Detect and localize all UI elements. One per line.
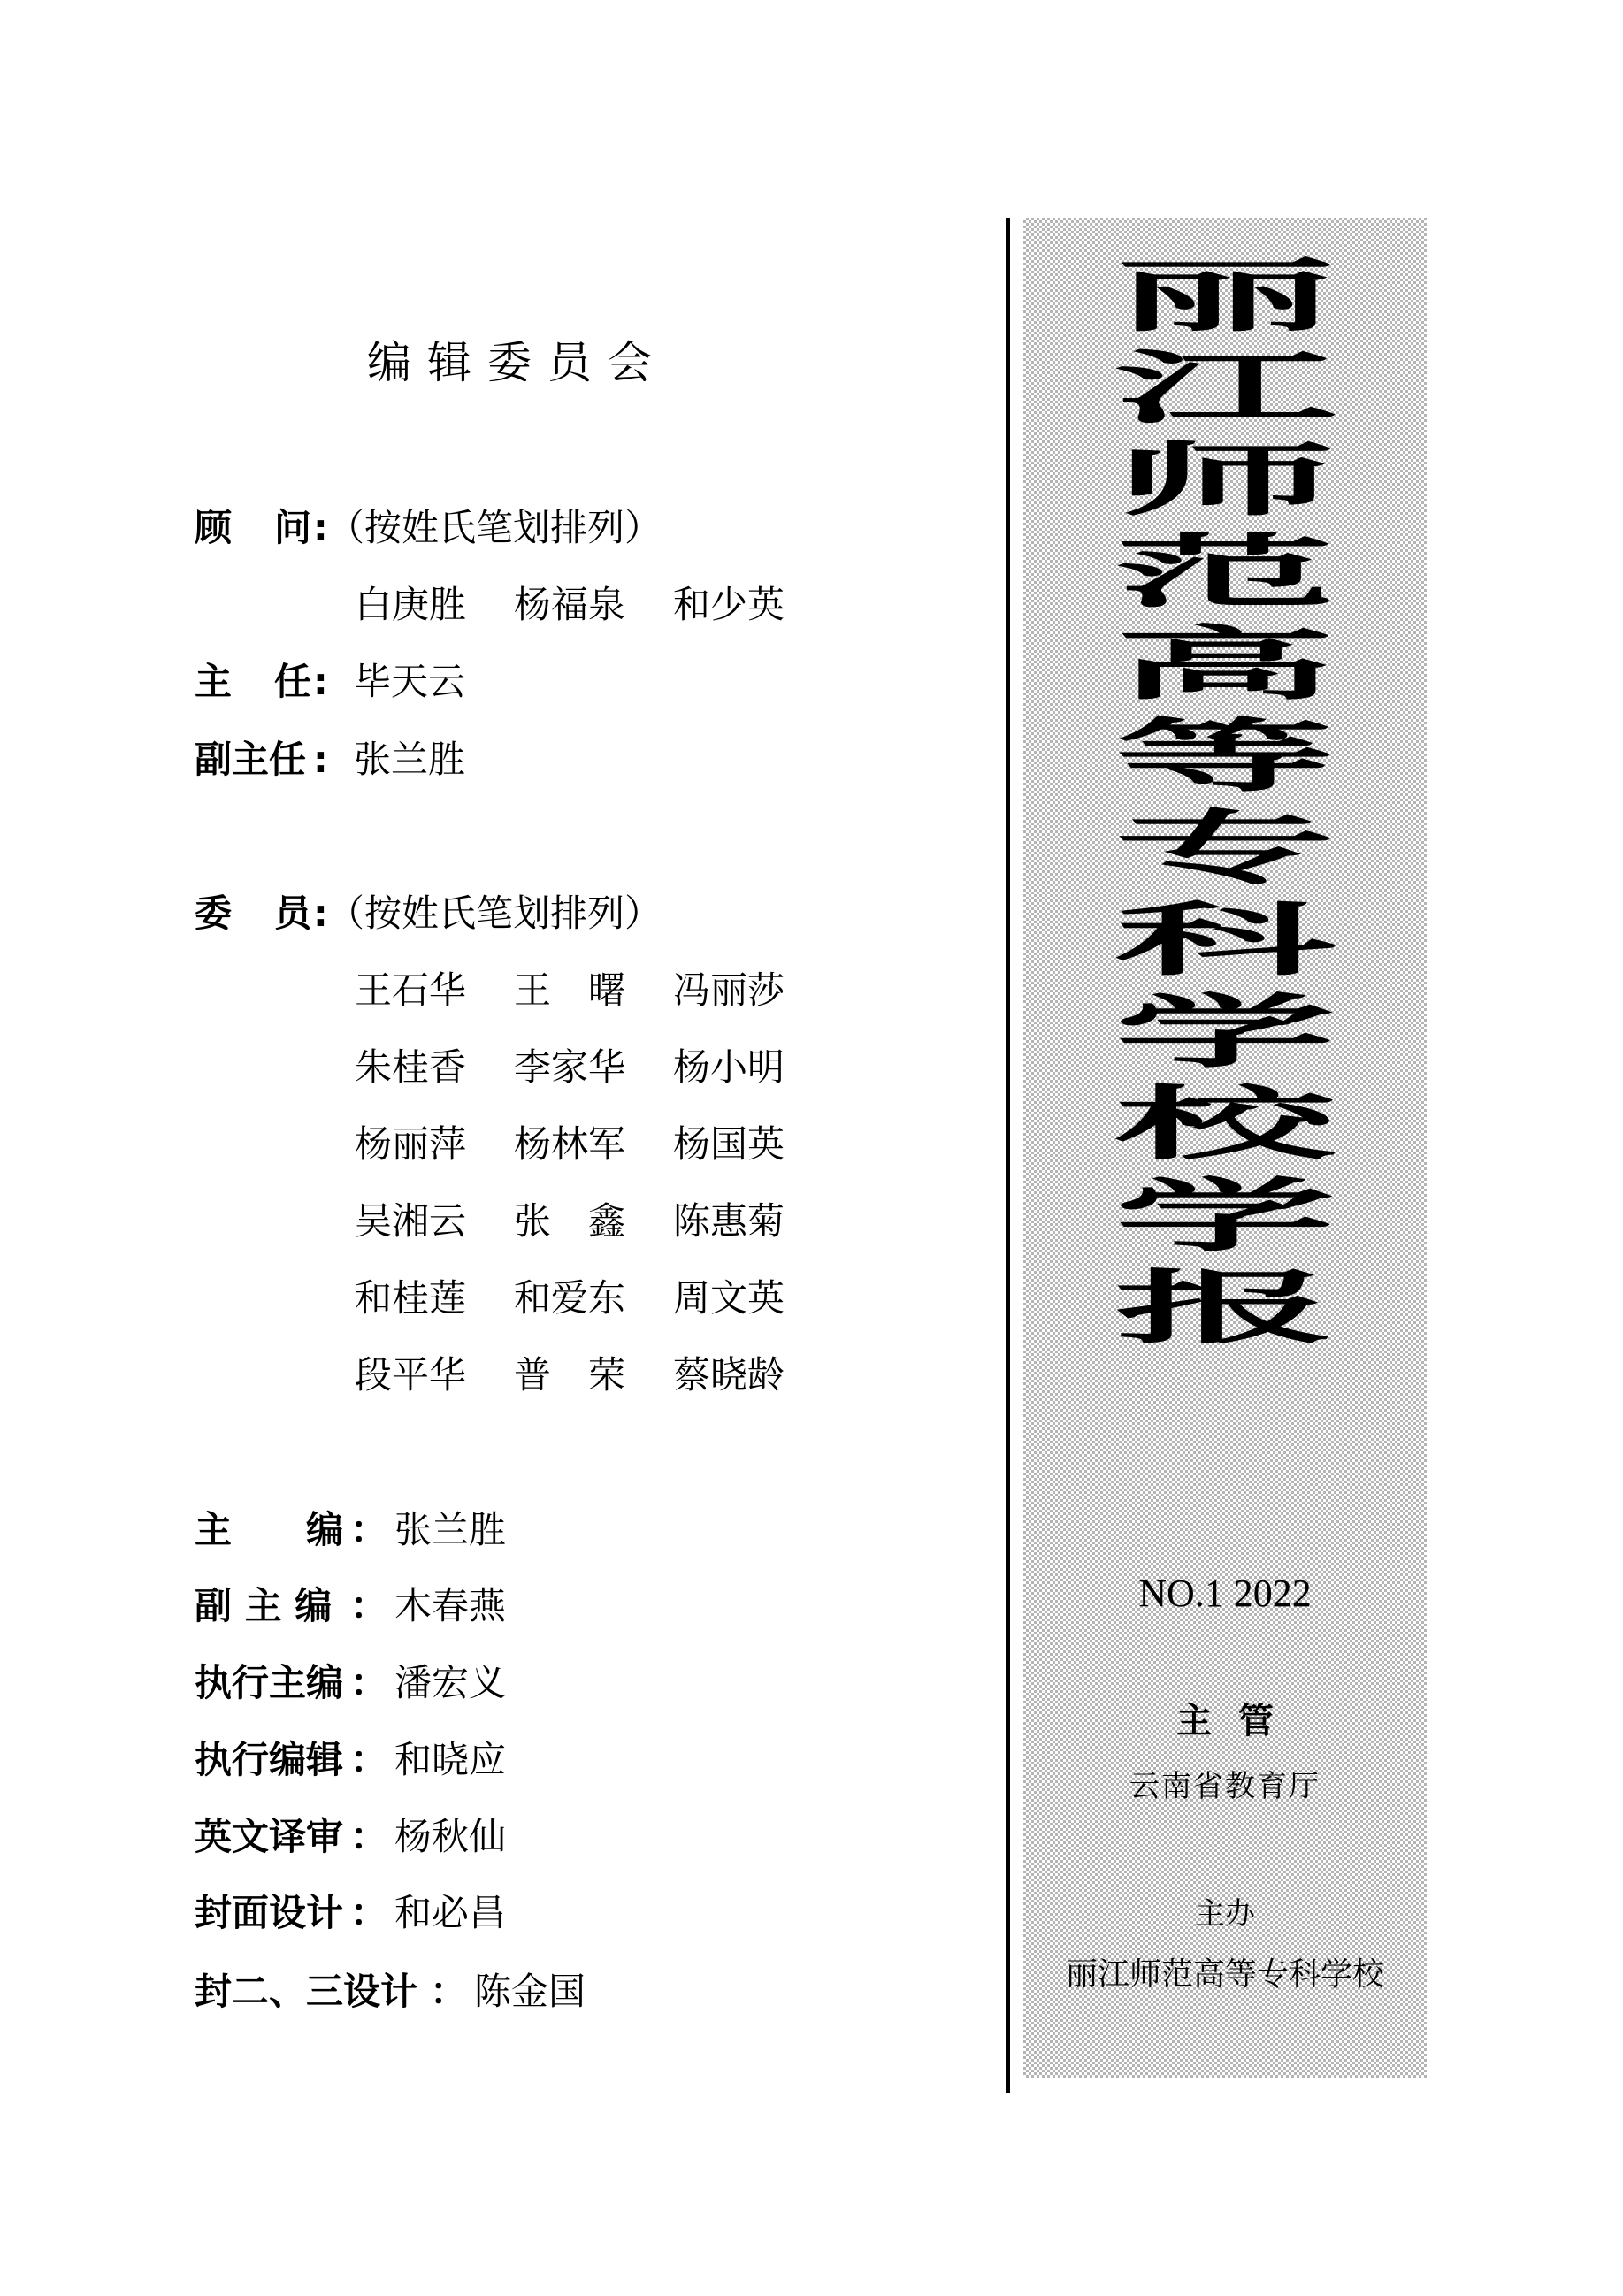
director-colon: :	[313, 660, 328, 704]
deputy-director-label: 副主任	[195, 738, 306, 782]
member-name: 王石华	[355, 968, 466, 1013]
staff-colon: ：	[350, 1508, 387, 1552]
staff-colon: ：	[350, 1661, 387, 1705]
advisors-label-1: 顾	[195, 506, 232, 550]
staff-name: 和晓应	[394, 1738, 506, 1782]
member-name: 杨林军	[514, 1122, 625, 1167]
staff-label: 副 主 编	[195, 1584, 332, 1628]
staff-name: 和必昌	[394, 1891, 506, 1935]
staff-name: 杨秋仙	[394, 1815, 506, 1859]
member-name: 朱桂香	[355, 1045, 466, 1090]
staff-colon: ：	[350, 1738, 387, 1782]
member-name: 李家华	[514, 1045, 625, 1090]
sponsor-name: 丽江师范高等专科学校	[1023, 1949, 1427, 1994]
members-label-1: 委	[195, 892, 232, 936]
supervisor-label: 主管	[1023, 1693, 1427, 1743]
staff-name: 陈金国	[474, 1970, 586, 2014]
member-name: 杨丽萍	[355, 1122, 466, 1167]
director-label-2: 任	[274, 660, 311, 704]
member-name: 周文英	[673, 1276, 785, 1320]
staff-label: 执行编辑	[195, 1738, 343, 1782]
member-name: 杨小明	[673, 1045, 785, 1090]
staff-label: 执行主编	[195, 1661, 343, 1705]
advisors-note: （按姓氏笔划排列）	[327, 506, 662, 550]
member-name: 王 曙	[514, 968, 625, 1013]
member-name: 段平华	[355, 1353, 466, 1397]
advisor-name: 杨福泉	[514, 583, 625, 627]
member-name: 吴湘云	[355, 1199, 466, 1244]
deputy-director-name: 张兰胜	[354, 738, 465, 782]
member-name: 和桂莲	[355, 1276, 466, 1320]
staff-label: 封面设计	[195, 1891, 343, 1935]
staff-name: 潘宏义	[394, 1661, 506, 1705]
member-name: 杨国英	[673, 1122, 785, 1167]
staff-label: 主 编	[195, 1508, 343, 1552]
advisor-name: 和少英	[673, 583, 785, 627]
members-label-2: 员	[274, 892, 311, 936]
staff-label: 封二、三设计	[195, 1970, 417, 2014]
staff-colon: ：	[350, 1815, 387, 1859]
director-label-1: 主	[195, 660, 232, 704]
staff-label: 英文译审	[195, 1815, 343, 1859]
deputy-director-colon: :	[313, 738, 328, 782]
member-name: 普 荣	[514, 1353, 625, 1397]
member-name: 陈惠菊	[673, 1199, 785, 1244]
members-colon: :	[313, 892, 328, 936]
staff-name: 木春燕	[394, 1584, 506, 1628]
staff-colon: ：	[430, 1970, 467, 2014]
member-name: 蔡晓龄	[673, 1353, 785, 1397]
vertical-divider	[1006, 218, 1010, 2093]
editorial-board-title: 编辑委员会	[367, 336, 668, 389]
member-name: 张 鑫	[514, 1199, 625, 1244]
staff-colon: ：	[350, 1891, 387, 1935]
members-note: （按姓氏笔划排列）	[327, 892, 662, 936]
supervisor-name: 云南省教育厅	[1023, 1762, 1427, 1805]
advisor-name: 白庚胜	[355, 583, 466, 627]
director-name: 毕天云	[354, 660, 465, 704]
sponsor-label: 主办	[1023, 1889, 1427, 1932]
staff-colon: ：	[350, 1584, 387, 1628]
advisors-label-2: 问	[274, 506, 311, 550]
issue-number: NO.1 2022	[1023, 1571, 1427, 1616]
member-name: 冯丽莎	[673, 968, 785, 1013]
advisors-colon: :	[313, 506, 328, 550]
staff-name: 张兰胜	[394, 1508, 506, 1552]
journal-title-panel: 丽 江 师 范 高 等 专 科 学 校 学 报 NO.1 2022 主管 云南省…	[1023, 218, 1427, 2078]
member-name: 和爱东	[514, 1276, 625, 1320]
journal-title-char: 报	[1112, 1286, 1338, 1374]
